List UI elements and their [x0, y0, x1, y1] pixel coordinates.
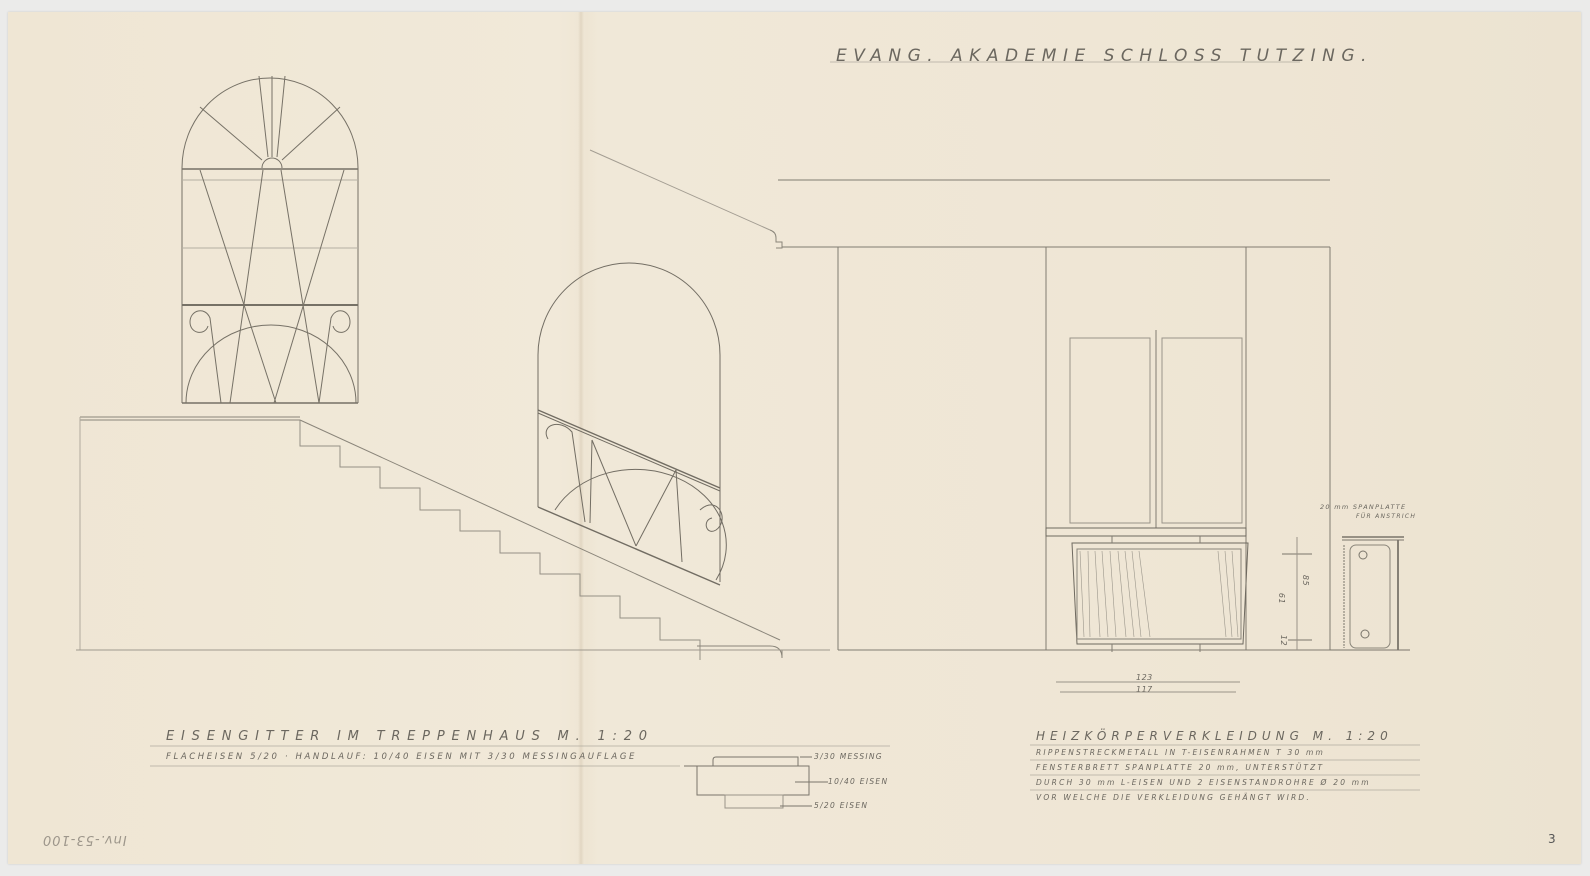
handrail-profile-detail: [684, 757, 828, 808]
window-grille-elevation: [182, 76, 358, 403]
railing-elevation: [538, 263, 726, 585]
radiator-wall-elevation: [778, 180, 1330, 692]
architectural-drawing: [0, 0, 1590, 876]
detail-label-eisen-10-40: 10/40 EISEN: [828, 777, 888, 786]
radiator-note-line-4: VOR WELCHE DIE VERKLEIDUNG GEHÄNGT WIRD.: [1036, 793, 1311, 802]
radiator-note-line-3: DURCH 30 mm L-EISEN UND 2 EISENSTANDROHR…: [1036, 778, 1371, 787]
staircase-grille-caption: EISENGITTER IM TREPPENHAUS M. 1:20: [166, 729, 654, 744]
detail-label-messing: 3/30 MESSING: [814, 752, 883, 761]
dim-height-base: 12: [1279, 635, 1288, 646]
dim-height-total: 85: [1301, 575, 1310, 586]
radiator-note-line-2: FENSTERBRETT SPANPLATTE 20 mm, UNTERSTÜT…: [1036, 763, 1324, 772]
dim-width-outer: 123: [1136, 673, 1153, 682]
section-label-spanplatte: 20 mm SPANPLATTE: [1320, 503, 1406, 511]
dim-width-inner: 117: [1136, 685, 1153, 694]
dim-height-cover: 61: [1277, 593, 1286, 604]
staircase-grille-note: FLACHEISEN 5/20 · HANDLAUF: 10/40 EISEN …: [166, 752, 637, 762]
drawing-title: EVANG. AKADEMIE SCHLOSS TUTZING.: [836, 46, 1373, 66]
sheet-number: 3: [1548, 832, 1556, 846]
section-label-anstrich: FÜR ANSTRICH: [1356, 513, 1416, 520]
radiator-cover-caption: HEIZKÖRPERVERKLEIDUNG M. 1:20: [1036, 729, 1393, 743]
detail-label-eisen-5-20: 5/20 EISEN: [814, 801, 868, 810]
inventory-mark: Inv.-53-100: [42, 832, 127, 847]
radiator-note-line-1: RIPPENSTRECKMETALL IN T-EISENRAHMEN T 30…: [1036, 748, 1325, 757]
radiator-section-detail: [1282, 537, 1410, 650]
